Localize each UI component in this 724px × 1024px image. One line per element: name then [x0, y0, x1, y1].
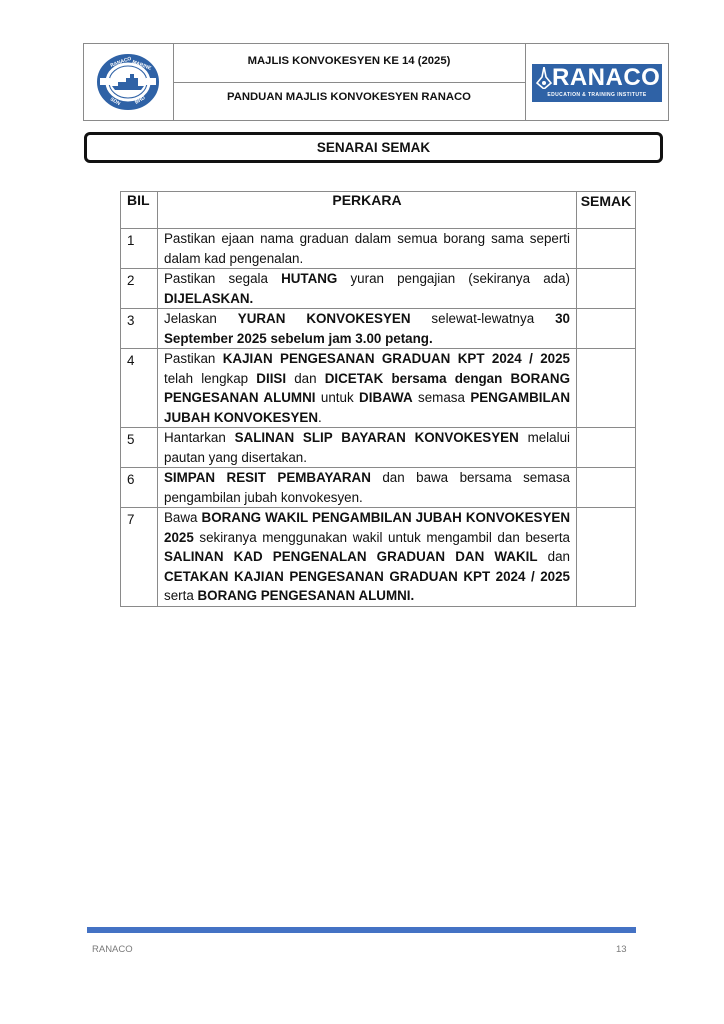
column-header-semak: SEMAK: [577, 192, 636, 229]
bold-text-segment: BORANG PENGESANAN ALUMNI.: [198, 588, 415, 603]
row-item-text: Jelaskan YURAN KONVOKESYEN selewat-lewat…: [158, 309, 577, 349]
row-number: 2: [121, 269, 158, 309]
checkbox-cell[interactable]: [577, 428, 636, 468]
table-row: 6SIMPAN RESIT PEMBAYARAN dan bawa bersam…: [121, 468, 636, 508]
header-title-cell: MAJLIS KONVOKESYEN KE 14 (2025) PANDUAN …: [173, 44, 526, 120]
bold-text-segment: KAJIAN PENGESANAN GRADUAN KPT 2024 / 202…: [223, 351, 570, 366]
pen-nib-icon: [536, 67, 552, 89]
text-segment: semasa: [413, 390, 471, 405]
checkbox-cell[interactable]: [577, 269, 636, 309]
text-segment: .: [318, 410, 322, 425]
text-segment: untuk: [315, 390, 359, 405]
bold-text-segment: CETAKAN KAJIAN PENGESANAN GRADUAN KPT 20…: [164, 569, 570, 584]
text-segment: selewat-lewatnya: [411, 311, 556, 326]
header-logo-cell: RANACO MARINE SDN BHD: [84, 44, 174, 120]
checkbox-cell[interactable]: [577, 468, 636, 508]
text-segment: sekiranya menggunakan wakil untuk mengam…: [194, 530, 570, 545]
footer-divider-bar: [87, 927, 636, 933]
ranaco-logo-tagline: EDUCATION & TRAINING INSTITUTE: [534, 91, 660, 99]
page-number: 13: [616, 944, 627, 955]
text-segment: Bawa: [164, 510, 202, 525]
bold-text-segment: DIJELASKAN.: [164, 291, 253, 306]
bold-text-segment: HUTANG: [281, 271, 337, 286]
document-header: RANACO MARINE SDN BHD MAJLIS KONVOKESYEN…: [83, 43, 669, 121]
table-header-row: BIL PERKARA SEMAK: [121, 192, 636, 229]
text-segment: Pastikan: [164, 351, 223, 366]
table-row: 5Hantarkan SALINAN SLIP BAYARAN KONVOKES…: [121, 428, 636, 468]
row-item-text: Pastikan ejaan nama graduan dalam semua …: [158, 229, 577, 269]
bold-text-segment: SIMPAN RESIT PEMBAYARAN: [164, 470, 371, 485]
checkbox-cell[interactable]: [577, 309, 636, 349]
text-segment: dan: [286, 371, 325, 386]
row-item-text: Pastikan KAJIAN PENGESANAN GRADUAN KPT 2…: [158, 349, 577, 428]
text-segment: yuran pengajian (sekiranya ada): [337, 271, 570, 286]
header-title-line1: MAJLIS KONVOKESYEN KE 14 (2025): [173, 44, 525, 83]
checkbox-cell[interactable]: [577, 508, 636, 607]
bold-text-segment: SALINAN SLIP BAYARAN KONVOKESYEN: [235, 430, 519, 445]
text-segment: telah lengkap: [164, 371, 256, 386]
ranaco-institute-logo: RANACO EDUCATION & TRAINING INSTITUTE: [532, 64, 662, 102]
text-segment: serta: [164, 588, 198, 603]
bold-text-segment: SALINAN KAD PENGENALAN GRADUAN DAN WAKIL: [164, 549, 538, 564]
checkbox-cell[interactable]: [577, 349, 636, 428]
table-row: 7Bawa BORANG WAKIL PENGAMBILAN JUBAH KON…: [121, 508, 636, 607]
row-number: 1: [121, 229, 158, 269]
table-row: 2Pastikan segala HUTANG yuran pengajian …: [121, 269, 636, 309]
text-segment: Pastikan segala: [164, 271, 281, 286]
header-brand-cell: RANACO EDUCATION & TRAINING INSTITUTE: [525, 44, 668, 120]
row-number: 7: [121, 508, 158, 607]
column-header-bil: BIL: [121, 192, 158, 229]
table-row: 1Pastikan ejaan nama graduan dalam semua…: [121, 229, 636, 269]
text-segment: dan: [538, 549, 570, 564]
header-title-line2: PANDUAN MAJLIS KONVOKESYEN RANACO: [173, 82, 525, 120]
table-row: 3Jelaskan YURAN KONVOKESYEN selewat-lewa…: [121, 309, 636, 349]
row-item-text: Pastikan segala HUTANG yuran pengajian (…: [158, 269, 577, 309]
checklist-table: BIL PERKARA SEMAK 1Pastikan ejaan nama g…: [120, 191, 636, 607]
row-item-text: Bawa BORANG WAKIL PENGAMBILAN JUBAH KONV…: [158, 508, 577, 607]
row-number: 6: [121, 468, 158, 508]
row-number: 4: [121, 349, 158, 428]
ranaco-marine-logo-icon: RANACO MARINE SDN BHD: [96, 53, 160, 111]
table-row: 4Pastikan KAJIAN PENGESANAN GRADUAN KPT …: [121, 349, 636, 428]
row-item-text: Hantarkan SALINAN SLIP BAYARAN KONVOKESY…: [158, 428, 577, 468]
footer-org-name: RANACO: [92, 944, 133, 955]
section-title: SENARAI SEMAK: [84, 132, 663, 163]
bold-text-segment: DIBAWA: [359, 390, 413, 405]
bold-text-segment: YURAN KONVOKESYEN: [238, 311, 411, 326]
row-item-text: SIMPAN RESIT PEMBAYARAN dan bawa bersama…: [158, 468, 577, 508]
text-segment: Hantarkan: [164, 430, 235, 445]
row-number: 5: [121, 428, 158, 468]
row-number: 3: [121, 309, 158, 349]
checkbox-cell[interactable]: [577, 229, 636, 269]
bold-text-segment: DIISI: [256, 371, 286, 386]
text-segment: Jelaskan: [164, 311, 238, 326]
column-header-perkara: PERKARA: [158, 192, 577, 229]
ranaco-logo-word: RANACO: [552, 64, 660, 92]
text-segment: Pastikan ejaan nama graduan dalam semua …: [164, 231, 570, 266]
